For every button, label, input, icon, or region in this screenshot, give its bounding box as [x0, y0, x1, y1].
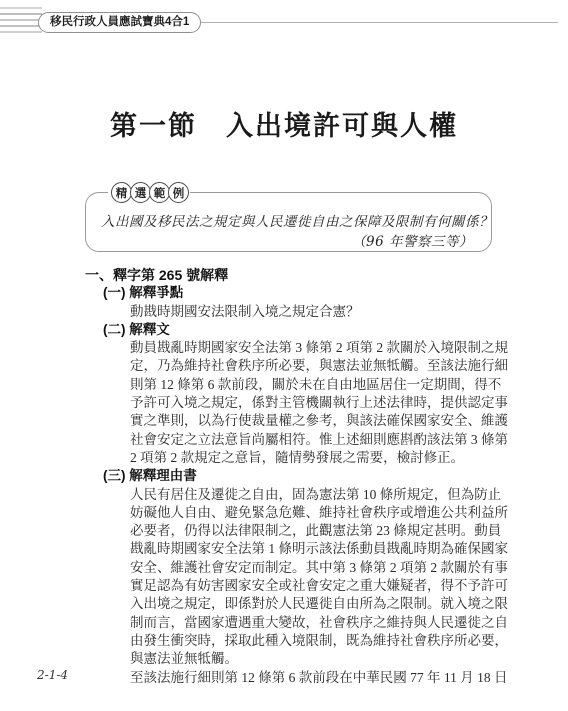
body-line: 制而言，當國家遭遇重大變故，社會秩序之維持與人民遷徙之自 — [130, 614, 508, 632]
section-title: 第一節 入出境許可與人權 — [0, 104, 568, 143]
body-line: 由發生衝突時，採取此種入境限制，既為維持社會秩序所必要， — [130, 632, 508, 650]
body-line: 則第 12 條第 6 款前段，關於未在自由地區居住一定期間，得不 — [130, 376, 508, 394]
header-bar — [0, 7, 42, 9]
header-bar — [0, 13, 42, 15]
body-line: 予許可入境之規定，係對主管機關執行上述法律時，提供認定事 — [130, 394, 508, 412]
subsection-label-reasoning: (三) 解釋理由書 — [103, 467, 508, 485]
body-line: 至該法施行細則第 12 條第 6 款前段在中華民國 77 年 11 月 18 日 — [130, 669, 508, 687]
main-content: 一、釋字第 265 號解釋 (一) 解釋爭點 動戡時期國安法限制入境之規定合憲？… — [85, 266, 508, 687]
body-line: 入出境之規定，即係對於人民遷徙自由所為之限制。就入境之限 — [130, 595, 508, 613]
page-number: 2-1-4 — [37, 668, 68, 682]
body-line: 2 項第 2 款規定之意旨，隨情勢發展之需要，檢討修正。 — [130, 449, 508, 467]
badge-char: 範 — [149, 182, 170, 203]
body-line: 動戡時期國安法限制入境之規定合憲？ — [130, 303, 508, 321]
body-line: 安全、維護社會安定而制定。其中第 3 條第 2 項第 2 款關於有事 — [130, 559, 508, 577]
body-line: 必要者，仍得以法律限制之，此觀憲法第 23 條規定甚明。動員 — [130, 522, 508, 540]
body-line: 實之準則，以為行使裁量權之參考，與該法確保國家安全、維護 — [130, 412, 508, 430]
body-line: 戡亂時期國家安全法第 1 條明示該法係動員戡亂時期為確保國家 — [130, 540, 508, 558]
body-line: 動員戡亂時期國家安全法第 3 條第 2 項第 2 款關於入境限制之規 — [130, 339, 508, 357]
subsection-label-text: (二) 解釋文 — [103, 321, 508, 339]
subsection-label-dispute: (一) 解釋爭點 — [103, 284, 508, 302]
badge-char: 選 — [130, 182, 151, 203]
body-line: 社會安定之立法意旨尚屬相符。惟上述細則應斟酌該法第 3 條第 — [130, 431, 508, 449]
book-title-tab: 移民行政人員應試寶典4合1 — [38, 12, 201, 33]
body-line: 妨礙他人自由、避免緊急危難、維持社會秩序或增進公共利益所 — [130, 504, 508, 522]
badge-char: 例 — [168, 182, 189, 203]
example-question-box: 精 選 範 例 入出國及移民法之規定與人民遷徙自由之保障及限制有何關係？ （96… — [85, 192, 492, 252]
body-line: 人民有居住及遷徙之自由，固為憲法第 10 條所規定，但為防止 — [130, 486, 508, 504]
badge-char: 精 — [111, 182, 132, 203]
header-bar — [0, 25, 42, 27]
header-decorative-bars — [0, 7, 42, 37]
header-bar — [0, 19, 42, 21]
interpretation-heading: 一、釋字第 265 號解釋 — [85, 266, 508, 284]
header-bar — [0, 31, 42, 33]
example-question-text: 入出國及移民法之規定與人民遷徙自由之保障及限制有何關係？ — [101, 210, 476, 230]
example-question-source: （96 年警察三等） — [101, 230, 473, 250]
selected-example-badge: 精 選 範 例 — [108, 182, 190, 203]
body-line: 定，乃為維持社會秩序所必要，與憲法並無牴觸。至該法施行細 — [130, 357, 508, 375]
body-line: 與憲法並無牴觸。 — [130, 650, 508, 668]
book-page: 移民行政人員應試寶典4合1 第一節 入出境許可與人權 精 選 範 例 入出國及移… — [0, 0, 568, 711]
body-line: 實足認為有妨害國家安全或社會安定之重大嫌疑者，得不予許可 — [130, 577, 508, 595]
